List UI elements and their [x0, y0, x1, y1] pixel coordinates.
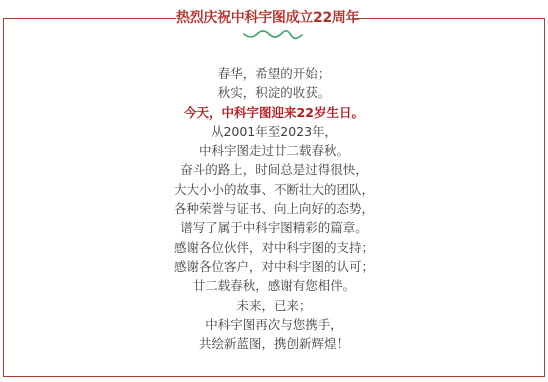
page-title: 热烈庆祝中科宇图成立22周年 — [176, 8, 352, 28]
message-line: 谱写了属于中科宇图精彩的篇章。 — [3, 218, 545, 237]
message-line: 中科宇图再次与您携手， — [3, 315, 545, 334]
message-line: 大大小小的故事、不断壮大的团队， — [3, 180, 545, 199]
frame-top-line-left — [3, 18, 176, 19]
message-line: 中科宇图走过廿二载春秋。 — [3, 141, 545, 160]
message-line: 感谢各位伙伴，对中科宇图的支持； — [3, 238, 545, 257]
frame-top-line-right — [352, 18, 545, 19]
message-line: 共绘新蓝图，携创新辉煌！ — [3, 334, 545, 353]
message-line: 春华，希望的开始； — [3, 64, 545, 83]
message-line: 未来，已来； — [3, 296, 545, 315]
message-line: 奋斗的路上，时间总是过得很快， — [3, 160, 545, 179]
message-line: 感谢各位客户，对中科宇图的认可； — [3, 257, 545, 276]
wave-decoration-icon — [243, 30, 303, 40]
message-line: 秋实，积淀的收获。 — [3, 83, 545, 102]
message-line: 从2001年至2023年， — [3, 122, 545, 141]
anniversary-message: 春华，希望的开始； 秋实，积淀的收获。 今天，中科宇图迎来22岁生日。 从200… — [3, 64, 545, 353]
message-line-highlight: 今天，中科宇图迎来22岁生日。 — [3, 103, 545, 122]
message-line: 廿二载春秋，感谢有您相伴。 — [3, 276, 545, 295]
message-line: 各种荣誉与证书、向上向好的态势， — [3, 199, 545, 218]
